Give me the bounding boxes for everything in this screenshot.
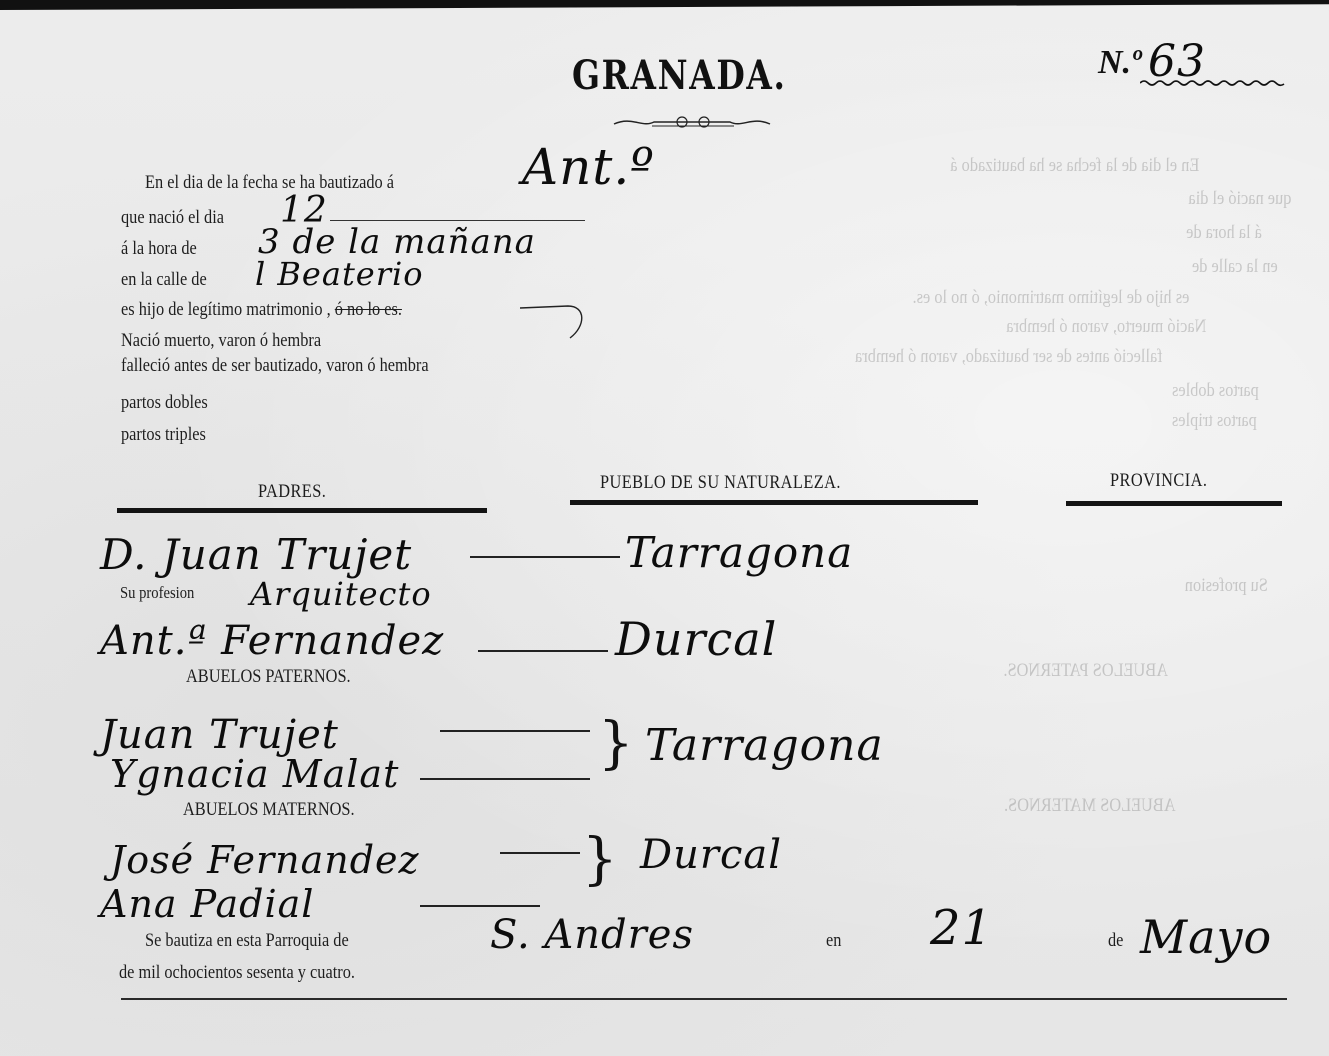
- bleedthrough-line: es hijo de legítimo matrimonio, ó no lo …: [913, 287, 1190, 309]
- bleedthrough-line: ABUELOS MATERNOS.: [1004, 795, 1176, 817]
- entry-line: [440, 730, 590, 732]
- entry-line: [420, 778, 590, 780]
- bleedthrough-line: Su profesion: [1185, 575, 1268, 597]
- abuelos-maternos-label: ABUELOS MATERNOS.: [183, 799, 355, 821]
- abuelos-paternos-label: ABUELOS PATERNOS.: [186, 666, 351, 688]
- scanned-document: En el dia de la fecha se ha bautizado á …: [0, 0, 1329, 1056]
- strike-loop: [520, 296, 590, 346]
- label-muerto: Nació muerto, varon ó hembra: [121, 330, 321, 352]
- column-rule: [117, 508, 487, 513]
- entry-line: [330, 220, 585, 221]
- bleedthrough-line: en la calle de: [1192, 256, 1278, 278]
- brace-icon: }: [582, 832, 618, 888]
- father-name: D. Juan Trujet: [100, 530, 412, 579]
- parroquia-label: Se bautiza en esta Parroquia de: [145, 930, 349, 952]
- mother-name: Ant.ª Fernandez: [100, 618, 444, 664]
- bleedthrough-line: partos dobles: [1172, 380, 1259, 402]
- bleedthrough-line: Nació muerto, varon ó hembra: [1006, 316, 1206, 338]
- column-pueblo: PUEBLO DE SU NATURALEZA.: [600, 472, 841, 494]
- entry-line: [470, 556, 620, 558]
- bleedthrough-line: falleció antes de ser bautizado, varon ó…: [855, 346, 1163, 368]
- maternal-grandfather: José Fernandez: [110, 838, 420, 882]
- entry-line: [478, 650, 608, 652]
- label-triples: partos triples: [121, 424, 206, 446]
- value-bautizado: Ant.º: [522, 138, 655, 196]
- number-label: N.º: [1098, 44, 1141, 82]
- label-calle: en la calle de: [121, 269, 207, 291]
- entry-line: [500, 852, 580, 854]
- entry-line: [420, 905, 540, 907]
- column-rule: [1066, 501, 1282, 506]
- bleedthrough-line: partos triples: [1172, 410, 1257, 432]
- year-text: de mil ochocientos sesenta y cuatro.: [119, 962, 355, 984]
- maternal-grandmother: Ana Padial: [100, 882, 314, 926]
- bleedthrough-line: que nació el dia: [1188, 188, 1291, 210]
- hijo-text: es hijo de legítimo matrimonio ,: [121, 299, 331, 320]
- profesion-label: Su profesion: [120, 582, 194, 604]
- column-provincia: PROVINCIA.: [1110, 470, 1207, 492]
- en-label: en: [826, 930, 841, 952]
- day-value: 21: [930, 900, 993, 956]
- document-title: GRANADA.: [572, 52, 787, 99]
- scan-edge: [0, 0, 1329, 10]
- parroquia-value: S. Andres: [490, 912, 694, 958]
- label-nacio: que nació el dia: [121, 207, 224, 229]
- bottom-rule: [121, 998, 1287, 1000]
- bleedthrough-line: á la hora de: [1186, 222, 1262, 244]
- label-hijo: es hijo de legítimo matrimonio , ó no lo…: [121, 299, 402, 321]
- profesion-value: Arquitecto: [250, 575, 432, 613]
- label-bautizado: En el dia de la fecha se ha bautizado á: [145, 172, 394, 194]
- column-rule: [570, 500, 978, 505]
- hijo-struck-text: ó no lo es.: [335, 299, 402, 320]
- father-pueblo: Tarragona: [625, 528, 853, 577]
- bleedthrough-line: ABUELOS PATERNOS.: [1003, 660, 1168, 682]
- paternal-pueblo: Tarragona: [645, 720, 884, 771]
- de-label: de: [1108, 930, 1123, 952]
- month-value: Mayo: [1140, 910, 1272, 964]
- ornament-divider: [612, 112, 772, 130]
- paternal-grandmother: Ygnacia Malat: [110, 752, 399, 796]
- squiggle-underline: [1140, 78, 1290, 88]
- mother-pueblo: Durcal: [615, 612, 777, 666]
- bleedthrough-line: En el dia de la fecha se ha bautizado á: [950, 155, 1199, 177]
- column-padres: PADRES.: [258, 481, 326, 503]
- label-fallecio: falleció antes de ser bautizado, varon ó…: [121, 355, 429, 377]
- label-dobles: partos dobles: [121, 392, 208, 414]
- maternal-pueblo: Durcal: [640, 832, 782, 878]
- label-hora: á la hora de: [121, 238, 197, 260]
- brace-icon: }: [598, 716, 634, 772]
- value-calle: l Beaterio: [255, 255, 424, 293]
